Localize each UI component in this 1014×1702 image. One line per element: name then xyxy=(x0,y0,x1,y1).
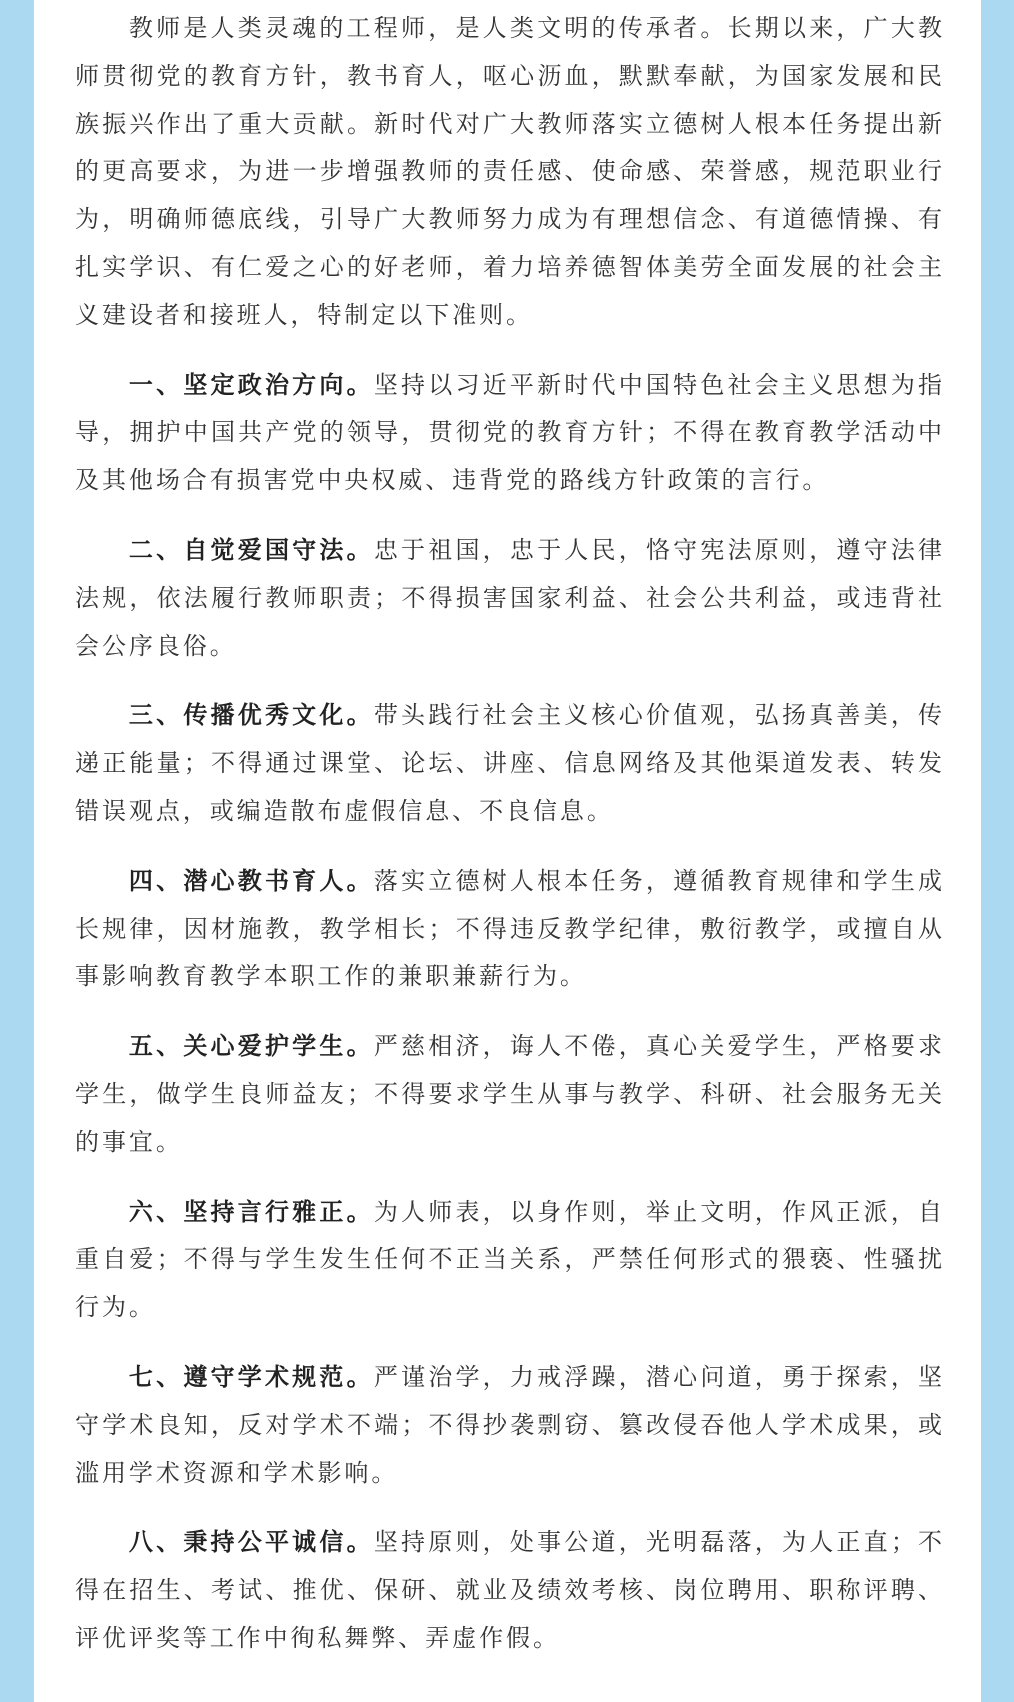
document-body: 教师是人类灵魂的工程师，是人类文明的传承者。长期以来，广大教师贯彻党的教育方针，… xyxy=(75,5,945,1685)
section-paragraph-3: 三、传播优秀文化。带头践行社会主义核心价值观，弘扬真善美，传递正能量；不得通过课… xyxy=(75,692,945,835)
section-heading: 二、自觉爱国守法。 xyxy=(129,536,374,564)
section-paragraph-6: 六、坚持言行雅正。为人师表，以身作则，举止文明，作风正派，自重自爱；不得与学生发… xyxy=(75,1189,945,1332)
section-heading: 五、关心爱护学生。 xyxy=(129,1032,374,1060)
section-paragraph-4: 四、潜心教书育人。落实立德树人根本任务，遵循教育规律和学生成长规律，因材施教，教… xyxy=(75,858,945,1001)
document-page: 教师是人类灵魂的工程师，是人类文明的传承者。长期以来，广大教师贯彻党的教育方针，… xyxy=(34,0,981,1702)
section-heading: 七、遵守学术规范。 xyxy=(129,1363,374,1391)
section-heading: 三、传播优秀文化。 xyxy=(129,701,374,729)
section-paragraph-7: 七、遵守学术规范。严谨治学，力戒浮躁，潜心问道，勇于探索，坚守学术良知，反对学术… xyxy=(75,1354,945,1497)
section-paragraph-5: 五、关心爱护学生。严慈相济，诲人不倦，真心关爱学生，严格要求学生，做学生良师益友… xyxy=(75,1023,945,1166)
section-heading: 六、坚持言行雅正。 xyxy=(129,1198,374,1226)
section-heading: 四、潜心教书育人。 xyxy=(129,867,374,895)
intro-paragraph: 教师是人类灵魂的工程师，是人类文明的传承者。长期以来，广大教师贯彻党的教育方针，… xyxy=(75,5,945,340)
section-paragraph-2: 二、自觉爱国守法。忠于祖国，忠于人民，恪守宪法原则，遵守法律法规，依法履行教师职… xyxy=(75,527,945,670)
section-paragraph-8: 八、秉持公平诚信。坚持原则，处事公道，光明磊落，为人正直；不得在招生、考试、推优… xyxy=(75,1519,945,1662)
section-heading: 一、坚定政治方向。 xyxy=(129,371,374,399)
section-heading: 八、秉持公平诚信。 xyxy=(129,1528,374,1556)
section-paragraph-1: 一、坚定政治方向。坚持以习近平新时代中国特色社会主义思想为指导，拥护中国共产党的… xyxy=(75,362,945,505)
